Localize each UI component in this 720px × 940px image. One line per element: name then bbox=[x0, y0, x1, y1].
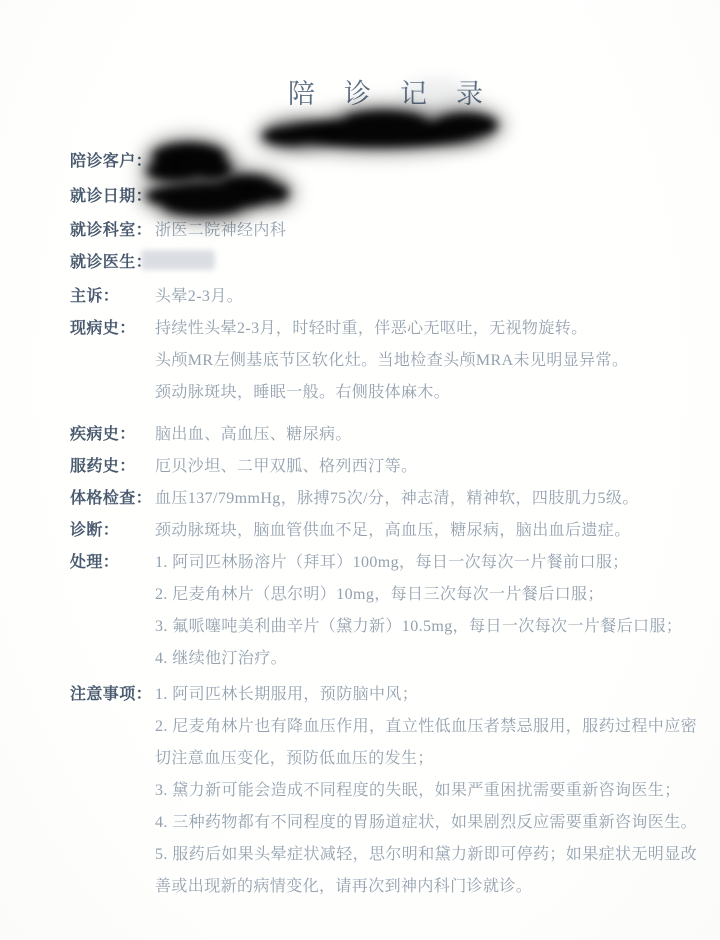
precaution-item: 3. 黛力新可能会造成不同程度的失眠，如果严重困扰需要重新咨询医生； bbox=[155, 775, 705, 807]
field-value: 1. 阿司匹林长期服用，预防脑中风； 2. 尼麦角林片也有降血压作用，直立性低血… bbox=[155, 679, 705, 903]
precaution-item: 2. 尼麦角林片也有降血压作用，直立性低血压者禁忌服用，服药过程中应密切注意血压… bbox=[155, 711, 705, 775]
field-label: 处理： bbox=[70, 547, 155, 579]
ink-redaction-visit-date bbox=[135, 168, 300, 226]
precaution-item: 1. 阿司匹林长期服用，预防脑中风； bbox=[155, 679, 705, 711]
field-value: 头晕2-3月。 bbox=[155, 281, 705, 313]
history-line: 颈动脉斑块，睡眠一般。右侧肢体麻木。 bbox=[155, 377, 705, 409]
treatment-item: 1. 阿司匹林肠溶片（拜耳）100mg，每日一次每次一片餐前口服； bbox=[155, 547, 705, 579]
field-label: 就诊医生： bbox=[70, 247, 155, 279]
field-row-doctor: 就诊医生： bbox=[70, 247, 720, 279]
field-value: 持续性头晕2-3月，时轻时重，伴恶心无呕吐，无视物旋转。 头颅MR左侧基底节区软… bbox=[155, 313, 705, 409]
field-value: 血压137/79mmHg，脉搏75次/分，神志清，精神软，四肢肌力5级。 bbox=[155, 483, 705, 515]
field-label: 疾病史： bbox=[70, 419, 155, 451]
treatment-item: 3. 氟哌噻吨美利曲辛片（黛力新）10.5mg，每日一次每次一片餐后口服； bbox=[155, 611, 705, 643]
field-label: 现病史： bbox=[70, 313, 155, 345]
field-row-present-illness: 现病史： 持续性头晕2-3月，时轻时重，伴恶心无呕吐，无视物旋转。 头颅MR左侧… bbox=[70, 313, 720, 409]
field-value: 颈动脉斑块，脑血管供血不足，高血压，糖尿病，脑出血后遗症。 bbox=[155, 515, 705, 547]
field-label: 诊断： bbox=[70, 515, 155, 547]
treatment-item: 4. 继续他汀治疗。 bbox=[155, 643, 705, 675]
field-label: 服药史： bbox=[70, 451, 155, 483]
field-label: 体格检查： bbox=[70, 483, 155, 515]
field-label: 注意事项： bbox=[70, 679, 155, 711]
history-line: 持续性头晕2-3月，时轻时重，伴恶心无呕吐，无视物旋转。 bbox=[155, 313, 705, 345]
field-row-chief-complaint: 主诉： 头晕2-3月。 bbox=[70, 281, 720, 313]
record-fields: 陪诊客户： 就诊日期： 就诊科室： 浙医二院神经内科 就诊医生： 主诉： 头晕2… bbox=[0, 146, 720, 903]
field-row-precautions: 注意事项： 1. 阿司匹林长期服用，预防脑中风； 2. 尼麦角林片也有降血压作用… bbox=[70, 679, 720, 903]
field-value: 厄贝沙坦、二甲双胍、格列西汀等。 bbox=[155, 451, 705, 483]
field-label: 主诉： bbox=[70, 281, 155, 313]
medical-record-page: 陪诊记录 陪诊客户： 就诊日期： 就诊科室： 浙医二院神经内科 就诊医生： 主诉… bbox=[0, 0, 720, 940]
field-row-treatment: 处理： 1. 阿司匹林肠溶片（拜耳）100mg，每日一次每次一片餐前口服； 2.… bbox=[70, 547, 720, 675]
treatment-item: 2. 尼麦角林片（思尔明）10mg，每日三次每次一片餐后口服； bbox=[155, 579, 705, 611]
field-row-disease-history: 疾病史： 脑出血、高血压、糖尿病。 bbox=[70, 419, 720, 451]
ink-redaction-subtitle bbox=[258, 98, 518, 170]
field-value: 脑出血、高血压、糖尿病。 bbox=[155, 419, 705, 451]
field-row-diagnosis: 诊断： 颈动脉斑块，脑血管供血不足，高血压，糖尿病，脑出血后遗症。 bbox=[70, 515, 720, 547]
history-line: 头颅MR左侧基底节区软化灶。当地检查头颅MRA未见明显异常。 bbox=[155, 345, 705, 377]
field-row-physical-exam: 体格检查： 血压137/79mmHg，脉搏75次/分，神志清，精神软，四肢肌力5… bbox=[70, 483, 720, 515]
precaution-item: 4. 三种药物都有不同程度的胃肠道症状，如果剧烈反应需要重新咨询医生。 bbox=[155, 807, 705, 839]
field-row-medication-history: 服药史： 厄贝沙坦、二甲双胍、格列西汀等。 bbox=[70, 451, 720, 483]
precaution-item: 5. 服药后如果头晕症状减轻，思尔明和黛力新即可停药；如果症状无明显改善或出现新… bbox=[155, 839, 705, 903]
field-value: 1. 阿司匹林肠溶片（拜耳）100mg，每日一次每次一片餐前口服； 2. 尼麦角… bbox=[155, 547, 705, 675]
